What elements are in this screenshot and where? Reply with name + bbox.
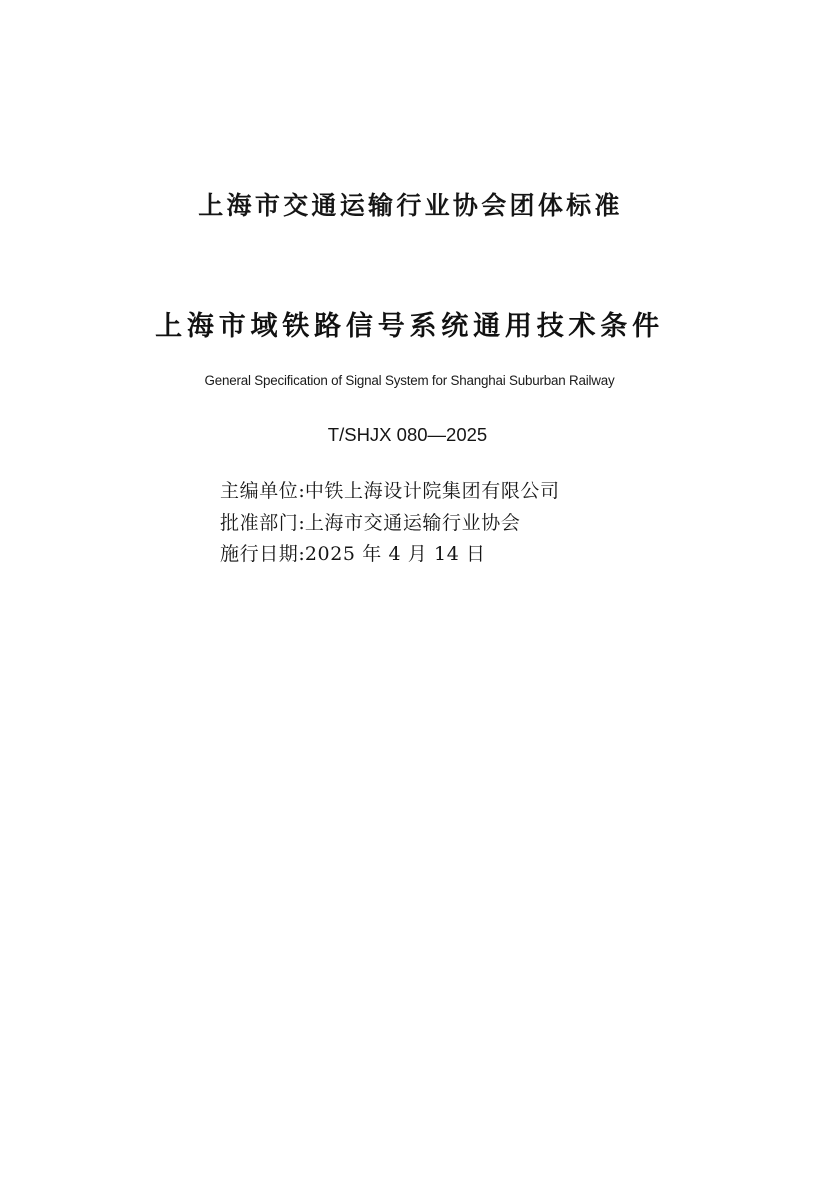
info-label: 主编单位 [220, 480, 298, 502]
info-row-editor: 主编单位:中铁上海设计院集团有限公司 [220, 477, 560, 509]
info-value: 2025 年 4 月 14 日 [305, 543, 486, 565]
info-value: 上海市交通运输行业协会 [305, 512, 521, 534]
document-title-cn: 上海市域铁路信号系统通用技术条件 [0, 307, 815, 347]
info-value: 中铁上海设计院集团有限公司 [305, 480, 560, 502]
document-title-en: General Specification of Signal System f… [0, 372, 815, 390]
info-label: 施行日期 [220, 543, 298, 565]
info-row-approver: 批准部门:上海市交通运输行业协会 [220, 509, 560, 541]
info-row-effective-date: 施行日期:2025 年 4 月 14 日 [220, 540, 560, 572]
document-info-block: 主编单位:中铁上海设计院集团有限公司 批准部门:上海市交通运输行业协会 施行日期… [220, 477, 560, 572]
issuer-heading: 上海市交通运输行业协会团体标准 [0, 188, 815, 224]
standard-code: T/SHJX 080—2025 [0, 423, 815, 447]
document-cover-page: 上海市交通运输行业协会团体标准 上海市域铁路信号系统通用技术条件 General… [0, 0, 815, 1183]
info-label: 批准部门 [220, 512, 298, 534]
